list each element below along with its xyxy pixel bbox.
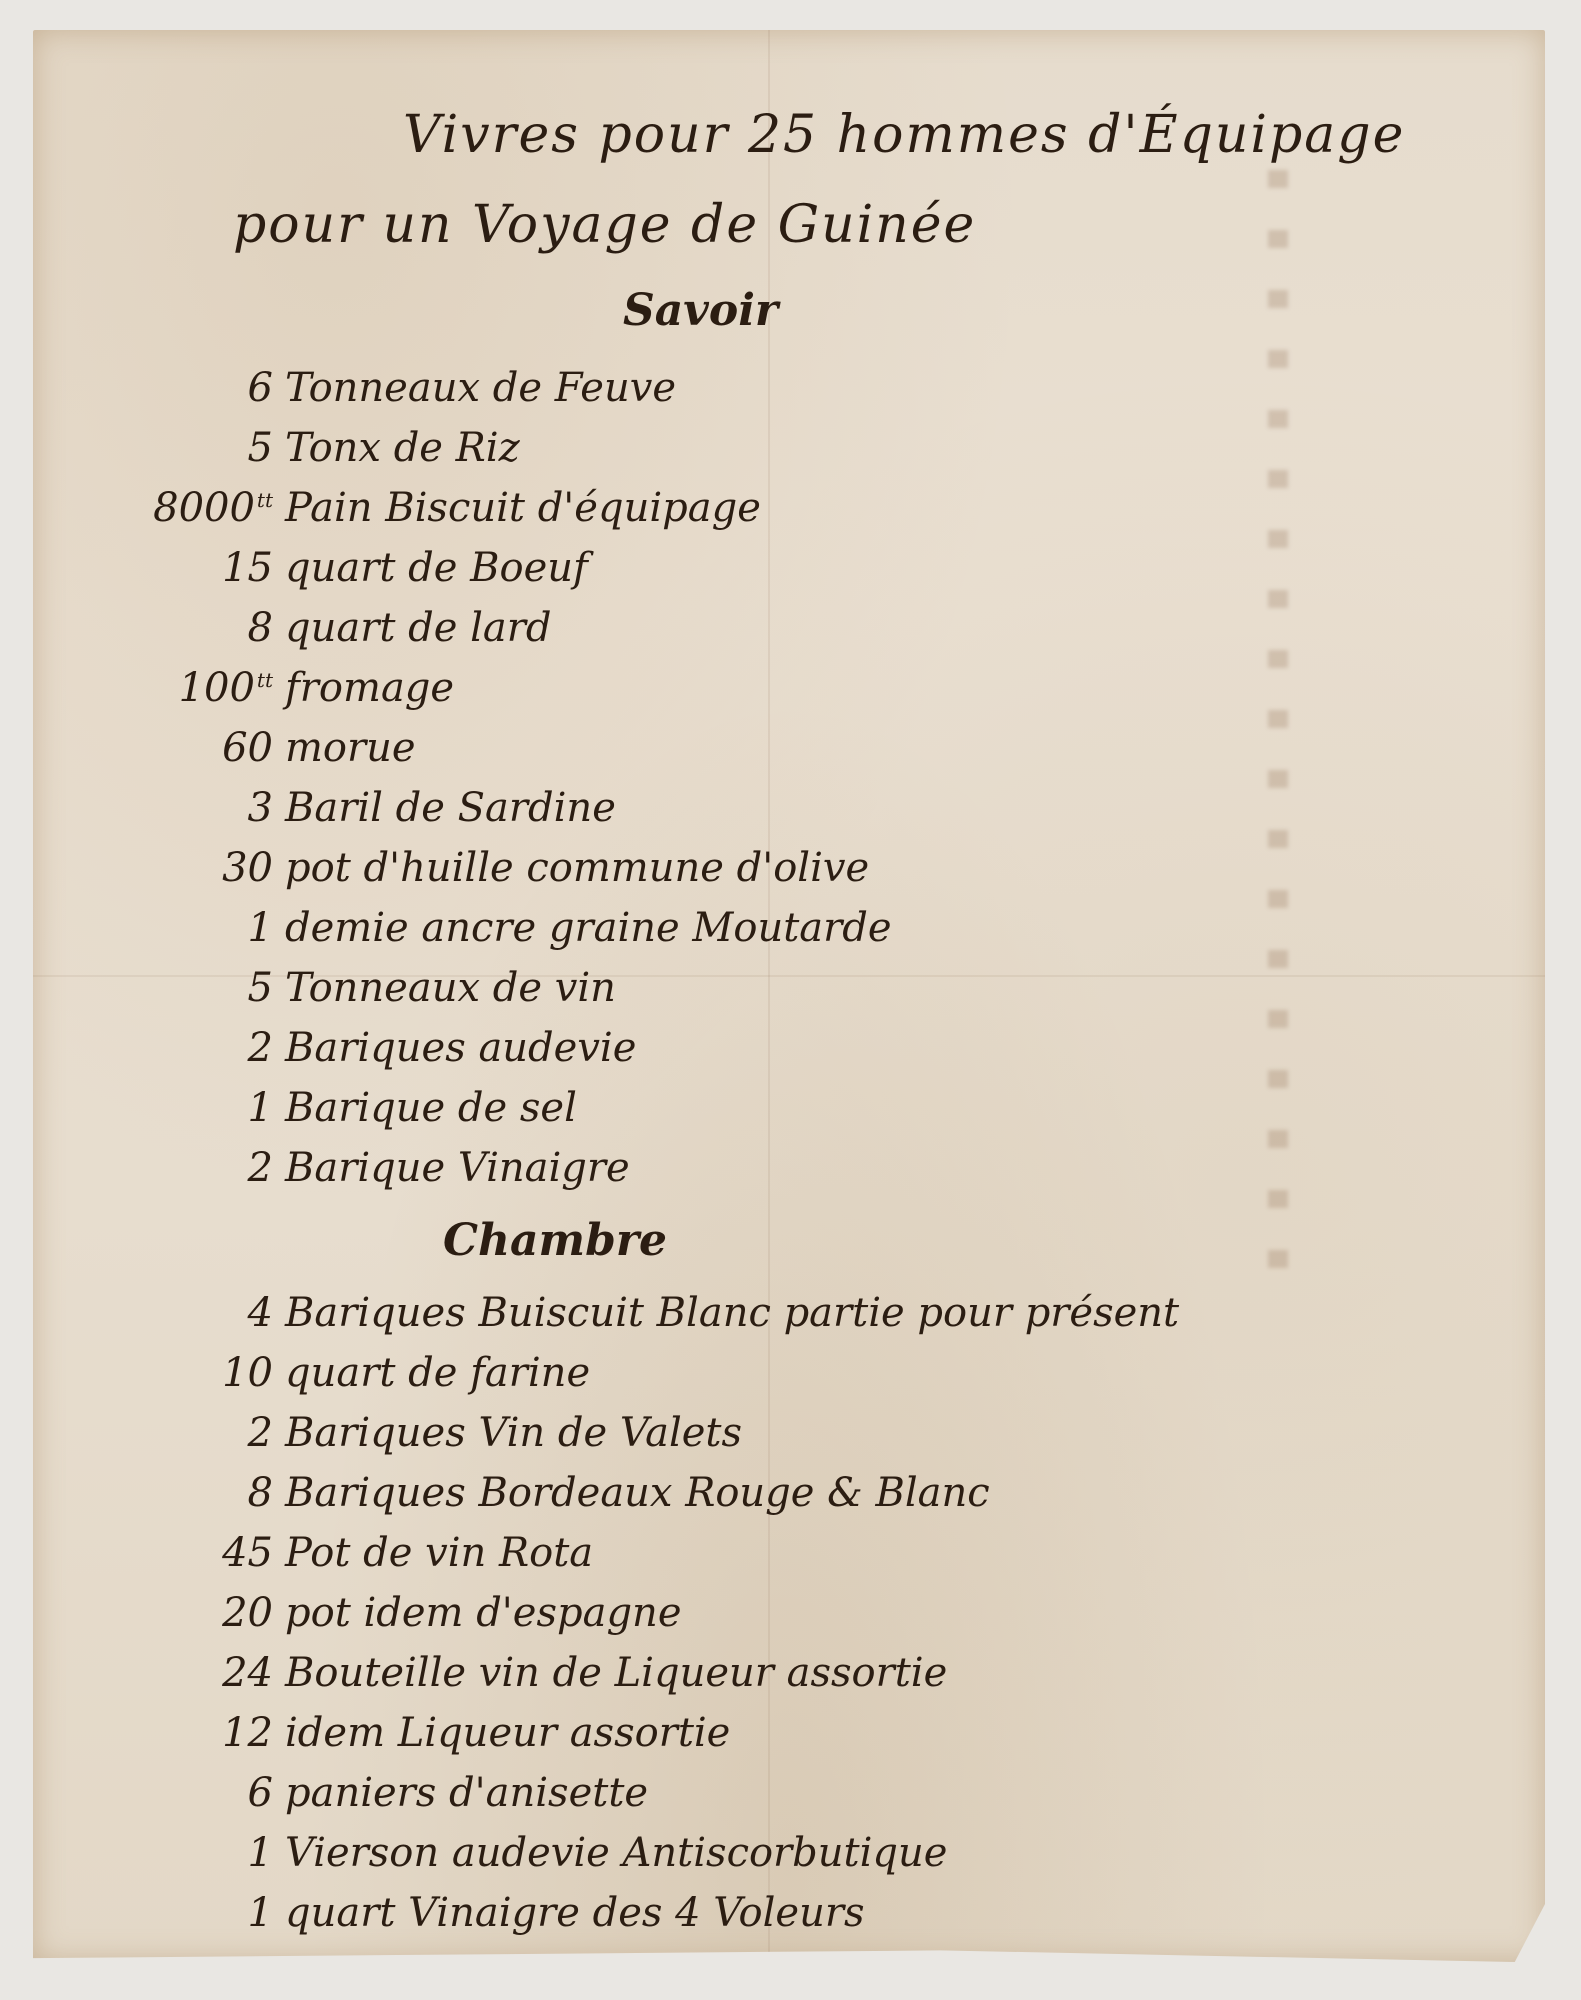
list-item: 2Barique Vinaigre	[33, 1145, 630, 1191]
list-item: 4Bariques Buiscuit Blanc partie pour pré…	[33, 1290, 1179, 1336]
livre-unit-mark: tt	[257, 488, 273, 512]
list-item: 5Tonx de Riz	[33, 425, 520, 471]
title-line-2: pour un Voyage de Guinée	[233, 195, 976, 255]
section-heading-savoir: Savoir	[623, 285, 778, 336]
list-item: 1quart Vinaigre des 4 Voleurs	[33, 1890, 864, 1936]
list-item: 2Bariques audevie	[33, 1025, 636, 1071]
list-item: 8quart de lard	[33, 605, 551, 651]
list-item: 3Baril de Sardine	[33, 785, 616, 831]
list-item: 1demie ancre graine Moutarde	[33, 905, 892, 951]
list-item: 30pot d'huille commune d'olive	[33, 845, 869, 891]
manuscript-page: Vivres pour 25 hommes d'Équipage pour un…	[33, 30, 1545, 1962]
livre-unit-mark: tt	[257, 668, 273, 692]
list-item: 6Tonneaux de Feuve	[33, 365, 676, 411]
list-item: 1Vierson audevie Antiscorbutique	[33, 1830, 947, 1876]
ink-bleed-through	[1268, 170, 1288, 1270]
list-item: 1Barique de sel	[33, 1085, 577, 1131]
list-item: 10quart de farine	[33, 1350, 590, 1396]
list-item: 12idem Liqueur assortie	[33, 1710, 730, 1756]
list-item: 6paniers d'anisette	[33, 1770, 648, 1816]
section-heading-chambre: Chambre	[443, 1215, 667, 1266]
list-item: 2Bariques Vin de Valets	[33, 1410, 742, 1456]
list-item: 100ttfromage	[33, 665, 454, 711]
list-item: 60morue	[33, 725, 416, 771]
list-item: 5Tonneaux de vin	[33, 965, 616, 1011]
list-item: 15quart de Boeuf	[33, 545, 588, 591]
list-item: 8Bariques Bordeaux Rouge & Blanc	[33, 1470, 990, 1516]
list-item: 8000ttPain Biscuit d'équipage	[33, 485, 761, 531]
list-item: 45Pot de vin Rota	[33, 1530, 593, 1576]
list-item: 20pot idem d'espagne	[33, 1590, 681, 1636]
title-line-1: Vivres pour 25 hommes d'Équipage	[403, 105, 1405, 165]
list-item: 24Bouteille vin de Liqueur assortie	[33, 1650, 947, 1696]
